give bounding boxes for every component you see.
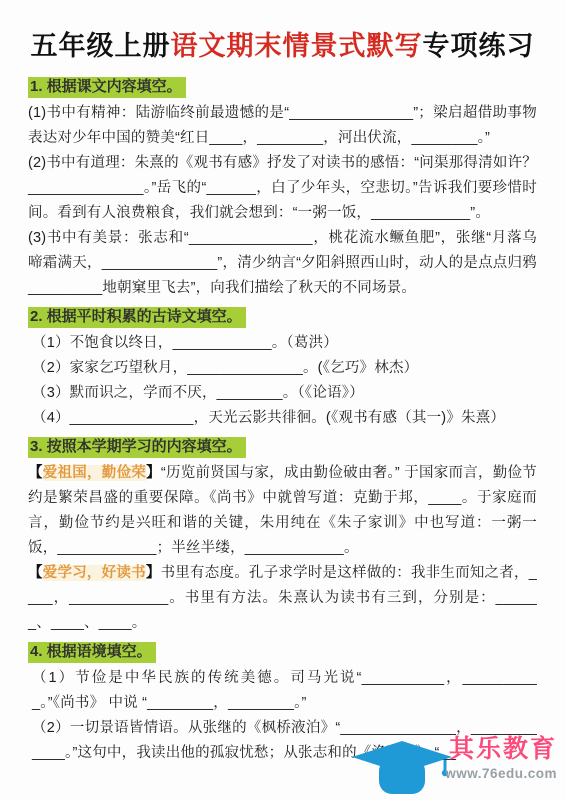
tag-label-study: 爱学习，好读书 — [43, 565, 146, 581]
section-3-heading-row: 3. 按照本学期学习的内容填空。 — [28, 435, 537, 459]
bracket-open: 【 — [28, 565, 43, 581]
section-4-heading: 4. 根据语境填空。 — [28, 642, 156, 663]
title-segment-practice: 专项练习 — [423, 31, 535, 61]
brand-url: www.76edu.com — [445, 766, 557, 781]
title-segment-grade: 五年级上册 — [31, 31, 171, 61]
section-2-heading: 2. 根据平时积累的古诗文填空。 — [28, 307, 246, 328]
bracket-open: 【 — [28, 465, 43, 481]
bracket-close: 】 — [146, 565, 161, 581]
section-2-heading-row: 2. 根据平时积累的古诗文填空。 — [28, 305, 537, 329]
section-3-semester-content: 3. 按照本学期学习的内容填空。 【爱祖国，勤俭荣】“历览前贤国与家，成由勤俭破… — [28, 435, 537, 636]
title-segment-subject: 语文期末情景式默写 — [171, 31, 423, 61]
section-1-course-content: 1. 根据课文内容填空。 (1)书中有精神：陆游临终前最遗憾的是“_______… — [28, 75, 537, 301]
worksheet-content: 1. 根据课文内容填空。 (1)书中有精神：陆游临终前最遗憾的是“_______… — [0, 75, 565, 766]
section-2-poetry: 2. 根据平时积累的古诗文填空。 （1）不饱食以终日，____________。… — [28, 305, 537, 431]
fill-blank-paragraph: (3)书中有美景：张志和“_______________，桃花流水鳜鱼肥”，张继… — [28, 226, 537, 301]
section-1-heading: 1. 根据课文内容填空。 — [28, 77, 186, 98]
tagged-paragraph: 【爱祖国，勤俭荣】“历览前贤国与家，成由勤俭破由奢。” 于国家而言，勤俭节约是繁… — [28, 461, 537, 561]
fill-blank-item: （3）默而识之，学而不厌，________。（《论语》） — [28, 381, 537, 406]
fill-blank-paragraph: (2)书中有道理：朱熹的《观书有感》抒发了对读书的感悟：“问渠那得清如许？___… — [28, 151, 537, 226]
graduation-cap-icon — [351, 740, 455, 796]
page-title: 五年级上册语文期末情景式默写专项练习 — [10, 24, 555, 63]
section-3-heading: 3. 按照本学期学习的内容填空。 — [28, 437, 246, 458]
bracket-close: 】 — [146, 465, 161, 481]
fill-blank-paragraph: (1)书中有精神：陆游临终前最遗憾的是“_______________”；梁启超… — [28, 101, 537, 151]
brand-name: 其乐教育 — [449, 734, 557, 764]
worksheet-page: 五年级上册语文期末情景式默写专项练习 1. 根据课文内容填空。 (1)书中有精神… — [0, 0, 565, 800]
brand-text-block: 其乐教育 www.76edu.com — [445, 734, 557, 781]
tag-label-patriotism: 爱祖国，勤俭荣 — [43, 465, 146, 481]
section-4-heading-row: 4. 根据语境填空。 — [28, 640, 537, 664]
tagged-paragraph: 【爱学习，好读书】书里有态度。孔子求学时是这样做的：我非生而知之者，____，_… — [28, 561, 537, 636]
fill-blank-item: （2）家家乞巧望秋月，______________。(《乞巧》林杰） — [28, 356, 537, 381]
brand-logo: 其乐教育 www.76edu.com — [351, 734, 557, 796]
fill-blank-item: （1）不饱食以终日，____________。（葛洪） — [28, 331, 537, 356]
section-1-heading-row: 1. 根据课文内容填空。 — [28, 75, 537, 99]
fill-blank-item: （1）节俭是中华民族的传统美德。司马光说“__________，________… — [28, 666, 537, 716]
fill-blank-item: （4）_______________，天光云影共徘徊。(《观书有感（其一)》朱熹… — [28, 406, 537, 431]
